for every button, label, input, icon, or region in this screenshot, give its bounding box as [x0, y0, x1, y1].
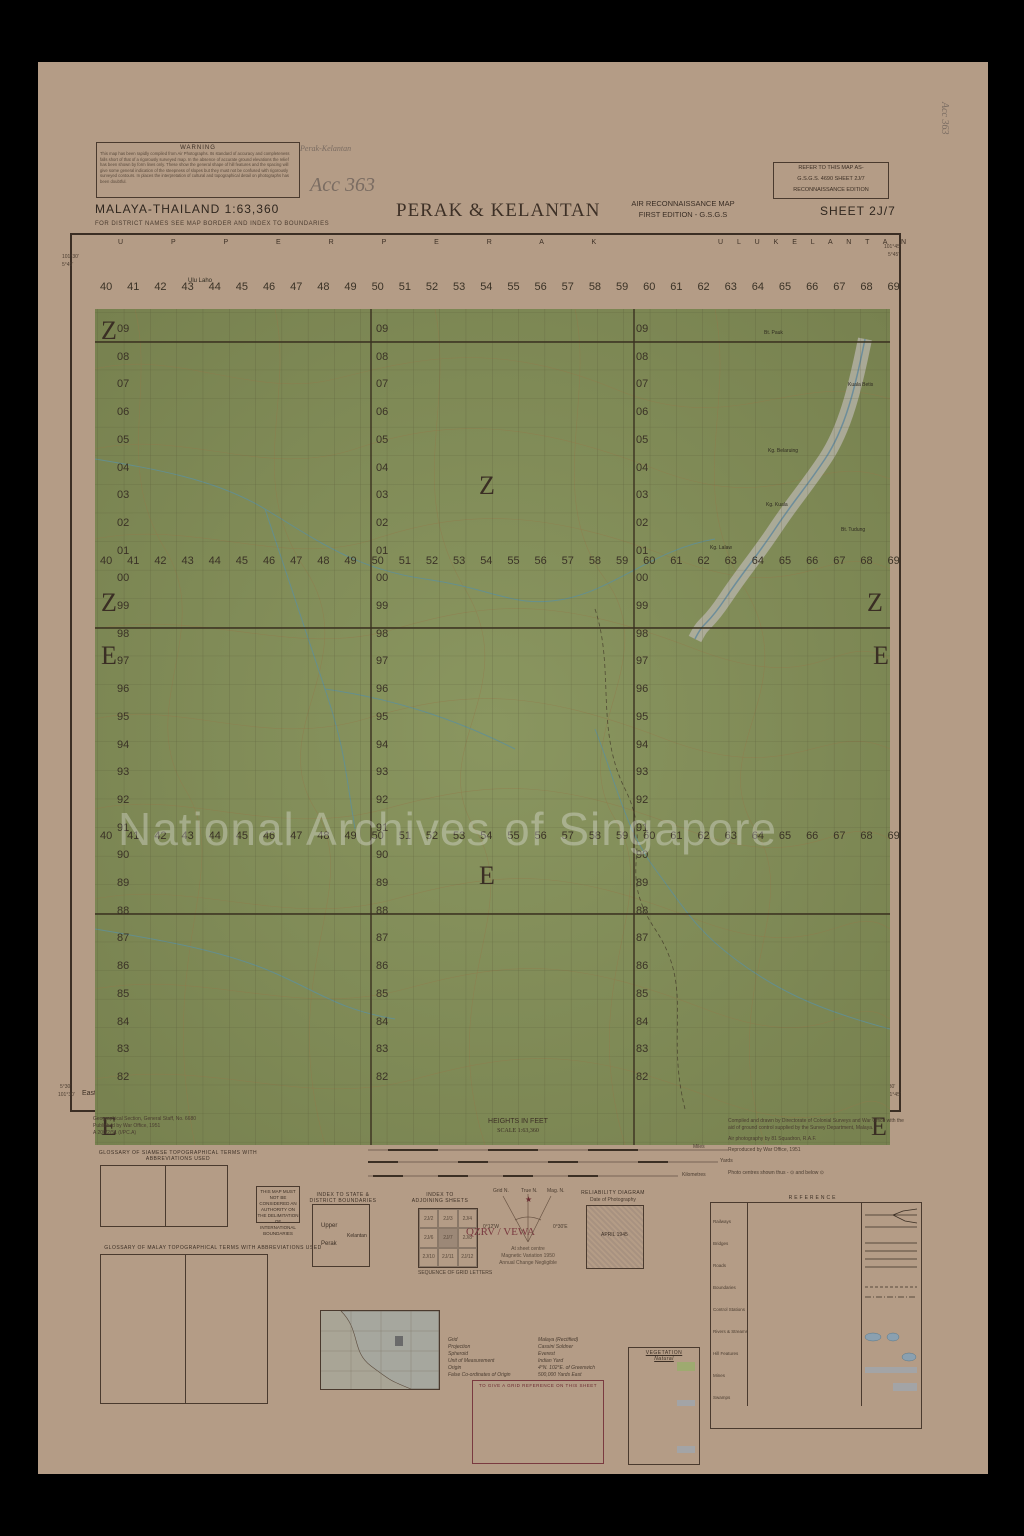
north-arrows-icon: ★	[483, 1190, 573, 1245]
grid-reference-box: TO GIVE A GRID REFERENCE ON THIS SHEET	[472, 1380, 604, 1464]
grid-letters-caption: SEQUENCE OF GRID LETTERS	[418, 1270, 492, 1276]
handwritten-acc: Acc 363	[310, 174, 375, 197]
place-kg-belaruing: Kg. Belaruing	[768, 448, 798, 454]
place-kg-kuala: Kg. Kuala	[766, 502, 788, 508]
reference-symbols	[863, 1207, 919, 1407]
place-bt-pauk: Bt. Pauk	[764, 330, 783, 336]
series-note: FOR DISTRICT NAMES SEE MAP BORDER AND IN…	[95, 221, 329, 227]
easting-row-middle: 40 41 42 43 44 45 46 47 48 49 50 51 52 5…	[100, 555, 900, 567]
scale-bars: Miles Yards Kilometres	[348, 1144, 728, 1189]
warning-box: WARNING This map has been rapidly compil…	[96, 142, 300, 198]
reliability-sub: Date of Photography	[590, 1197, 636, 1203]
northing-col-middle: 09 08 07 06 05 04 03 02 01 00 99 98 97 9…	[376, 323, 388, 1083]
index-map-graphic	[321, 1311, 439, 1389]
warning-text: This map has been rapidly compiled from …	[100, 151, 296, 185]
border-top-left: U P P E R P E R A K	[118, 239, 619, 246]
map-title: PERAK & KELANTAN	[396, 200, 600, 222]
refer-line-2: G.S.G.S. 4690 SHEET 2J/7	[774, 174, 888, 185]
corner-bl-long: 101°30'	[58, 1092, 75, 1098]
watermark: National Archives of Singapore	[118, 802, 777, 856]
malay-glossary-table	[100, 1254, 268, 1404]
svg-text:Z: Z	[867, 588, 883, 617]
projection-labels: Grid Projection Spheroid Unit of Measure…	[448, 1337, 511, 1379]
place-kg-lalaw: Kg. Lalaw	[710, 545, 732, 551]
siamese-glossary-table	[100, 1165, 228, 1227]
vegetation-box: VEGETATION Natural	[628, 1347, 700, 1465]
location-index-map	[320, 1310, 440, 1390]
place-ulu-laho: Ulu Laho	[188, 278, 212, 284]
compiled-notes: Compiled and drawn by Directorate of Col…	[728, 1118, 908, 1177]
north-diagram: ★ Grid N. True N. Mag. N. 0°12'W 0°30'E …	[483, 1190, 573, 1270]
svg-text:★: ★	[525, 1195, 532, 1204]
index-adjoining-title: INDEX TO ADJOINING SHEETS	[410, 1192, 470, 1204]
corner-tl-lat: 5°45'	[62, 262, 73, 268]
scale-label: SCALE 1:63,360	[418, 1128, 618, 1134]
svg-text:E: E	[873, 641, 889, 670]
reference-panel: Railways Bridges Roads Boundaries Contro…	[710, 1202, 922, 1429]
index-adjoining-grid: 2J/2 2J/3 2J/4 2J/6 2J/7 2J/8 2J/10 2J/1…	[418, 1208, 478, 1268]
boundary-note: THIS MAP MUST NOT BE CONSIDERED AN AUTHO…	[256, 1186, 300, 1223]
scale-miles-label: Miles	[693, 1144, 705, 1150]
credits: Geographical Section, General Staff, No.…	[93, 1116, 196, 1137]
reference-title: REFERENCE	[738, 1195, 888, 1201]
sheet-number: SHEET 2J/7	[820, 204, 896, 218]
scale-bar-graphic	[348, 1144, 728, 1184]
index-states-diagram: Upper Perak Kelantan	[312, 1204, 370, 1267]
refer-line-1: REFER TO THIS MAP AS-	[774, 163, 888, 174]
index-states-title: INDEX TO STATE & DISTRICT BOUNDARIES	[308, 1192, 378, 1204]
easting-row-top: 40 41 42 43 44 45 46 47 48 49 50 51 52 5…	[100, 281, 900, 293]
edition-block: AIR RECONNAISSANCE MAP FIRST EDITION - G…	[623, 198, 743, 220]
northing-col-left: 09 08 07 06 05 04 03 02 01 00 99 98 97 9…	[117, 323, 129, 1083]
svg-text:E: E	[479, 861, 495, 890]
reference-categories: Railways Bridges Roads Boundaries Contro…	[713, 1211, 748, 1409]
heights-label: HEIGHTS IN FEET	[418, 1118, 618, 1125]
projection-values: Malaya (Rectified) Cassini Soldner Evere…	[538, 1337, 595, 1379]
edition-line-2: FIRST EDITION - G.S.G.S	[623, 209, 743, 220]
svg-text:Z: Z	[101, 588, 117, 617]
series-title: MALAYA-THAILAND 1:63,360	[95, 202, 279, 216]
scale-block: HEIGHTS IN FEET SCALE 1:63,360	[418, 1118, 618, 1134]
reliability-title: RELIABILITY DIAGRAM	[578, 1190, 648, 1196]
grid-letter-z-tl: Z	[101, 316, 117, 345]
refer-line-3: RECONNAISSANCE EDITION	[774, 185, 888, 196]
handwritten-top: Perak-Kelantan	[300, 144, 351, 153]
reliability-diagram: APRIL 1945	[586, 1205, 644, 1269]
map-area[interactable]: Z Z Z Z E E E E E	[95, 309, 890, 1145]
map-graphics: Z Z Z Z E E E E E	[95, 309, 890, 1145]
map-sheet: WARNING This map has been rapidly compil…	[38, 62, 988, 1474]
border-top-right: U L U K E L A N T A N	[718, 239, 912, 246]
place-kuala-betis: Kuala Betis	[848, 382, 873, 388]
malay-glossary-title: GLOSSARY OF MALAY TOPOGRAPHICAL TERMS WI…	[98, 1245, 328, 1251]
edition-line-1: AIR RECONNAISSANCE MAP	[623, 198, 743, 209]
refer-box: REFER TO THIS MAP AS- G.S.G.S. 4690 SHEE…	[773, 162, 889, 199]
svg-text:Z: Z	[479, 471, 495, 500]
northing-col-right: 09 08 07 06 05 04 03 02 01 00 99 98 97 9…	[636, 323, 648, 1083]
corner-tr-lat: 5°45'	[888, 252, 899, 258]
siamese-glossary-title: GLOSSARY OF SIAMESE TOPOGRAPHICAL TERMS …	[98, 1150, 258, 1162]
handwritten-corner: Acc 363	[939, 102, 950, 135]
corner-tr-long: 101°45'	[884, 244, 901, 250]
place-bt-tudung: Bt. Tudung	[841, 527, 865, 533]
corner-tl-long: 101°30'	[62, 254, 79, 260]
svg-text:E: E	[101, 641, 117, 670]
scale-km-label: Kilometres	[682, 1172, 706, 1178]
corner-bl-lat: 5°30'	[60, 1084, 71, 1090]
